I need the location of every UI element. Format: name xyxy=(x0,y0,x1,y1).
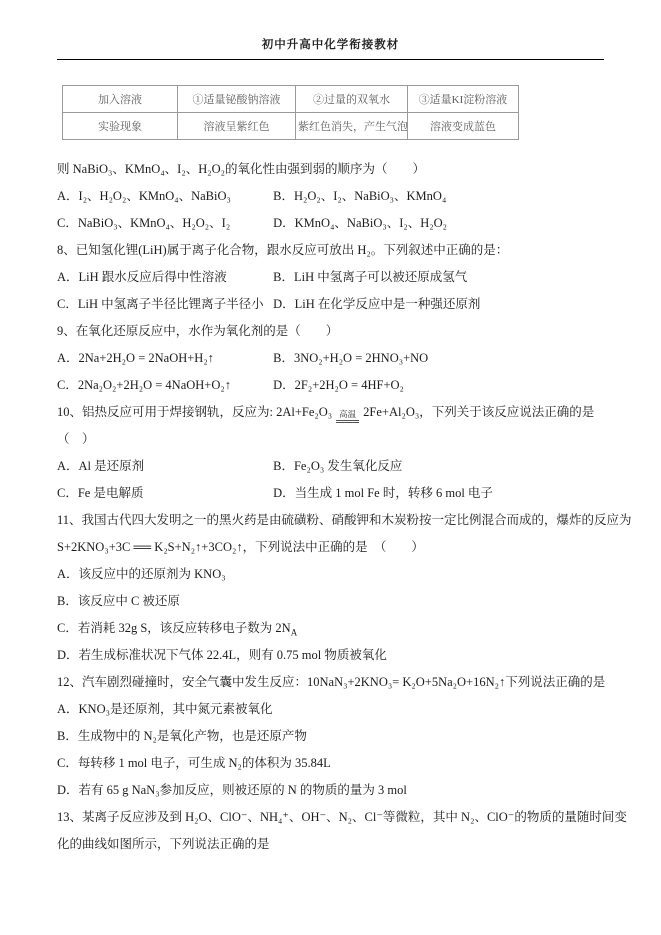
q11-option-c: C．若消耗 32g S，该反应转移电子数为 2NA xyxy=(57,615,604,642)
q10-option-d: D．当生成 1 mol Fe 时，转移 6 mol 电子 xyxy=(273,486,493,500)
q11-option-b: B．该反应中 C 被还原 xyxy=(57,588,604,615)
q8-option-b: B．LiH 中氢离子可以被还原成氢气 xyxy=(273,270,467,284)
q13-stem-line2: 化的曲线如图所示，下列说法正确的是 xyxy=(57,831,604,858)
q8-option-c: C．LiH 中氢离子半径比锂离子半径小 xyxy=(57,291,270,318)
q9-option-b: B．3NO₂+H₂O = 2HNO₃+NO xyxy=(273,351,428,365)
q9-option-d: D．2F₂+2H₂O = 4HF+O₂ xyxy=(273,378,404,392)
q11-equation: S+2KNO₃+3C ══ K₂S+N₂↑+3CO₂↑，下列说法中正确的是 （ … xyxy=(57,534,604,561)
q8-options-cd: C．LiH 中氢离子半径比锂离子半径小 D．LiH 在化学反应中是一种强还原剂 xyxy=(57,291,604,318)
q7-options-ab: A．I₂、H₂O₂、KMnO₄、NaBiO₃ B．H₂O₂、I₂、NaBiO₃、… xyxy=(57,183,604,210)
table-cell: ②过量的双氧水 xyxy=(296,86,408,113)
table-cell: ③适量KI淀粉溶液 xyxy=(408,86,519,113)
table-cell: 加入溶液 xyxy=(63,86,178,113)
q9-option-c: C．2Na₂O₂+2H₂O = 4NaOH+O₂↑ xyxy=(57,372,270,399)
table-row: 加入溶液 ①适量铋酸钠溶液 ②过量的双氧水 ③适量KI淀粉溶液 xyxy=(63,86,519,113)
q9-stem: 9、在氧化还原反应中，水作为氧化剂的是（ ） xyxy=(57,318,604,345)
q7-option-a: A．I₂、H₂O₂、KMnO₄、NaBiO₃ xyxy=(57,183,270,210)
table-cell: 溶液呈紫红色 xyxy=(178,113,296,140)
q12-option-d: D．若有 65 g NaN₃参加反应，则被还原的 N 的物质的量为 3 mol xyxy=(57,777,604,804)
q12-option-b: B．生成物中的 N₂是氧化产物，也是还原产物 xyxy=(57,723,604,750)
table-cell: 实验现象 xyxy=(63,113,178,140)
q13-stem-line1: 13、某离子反应涉及到 H₂O、ClO⁻、NH₄⁺、OH⁻、N₂、Cl⁻等微粒，… xyxy=(57,804,604,831)
q9-options-ab: A．2Na+2H₂O = 2NaOH+H₂↑ B．3NO₂+H₂O = 2HNO… xyxy=(57,345,604,372)
q10-options-cd: C．Fe 是电解质 D．当生成 1 mol Fe 时，转移 6 mol 电子 xyxy=(57,480,604,507)
q11-option-c-text: C．若消耗 32g S，该反应转移电子数为 2N xyxy=(57,621,291,635)
q10-stem: 10、铝热反应可用于焊接钢轨，反应为: 2Al+Fe₂O₃高温2Fe+Al₂O₃… xyxy=(57,399,604,426)
q7-stem: 则 NaBiO₃、KMnO₄、I₂、H₂O₂的氧化性由强到弱的顺序为（ ） xyxy=(57,156,604,183)
table-row: 实验现象 溶液呈紫红色 紫红色消失，产生气泡 溶液变成蓝色 xyxy=(63,113,519,140)
q12-option-c: C．每转移 1 mol 电子，可生成 N₂的体积为 35.84L xyxy=(57,750,604,777)
q10-option-a: A．Al 是还原剂 xyxy=(57,453,270,480)
q8-options-ab: A．LiH 跟水反应后得中性溶液 B．LiH 中氢离子可以被还原成氢气 xyxy=(57,264,604,291)
q9-options-cd: C．2Na₂O₂+2H₂O = 4NaOH+O₂↑ D．2F₂+2H₂O = 4… xyxy=(57,372,604,399)
document-page: 初中升高中化学衔接教材 加入溶液 ①适量铋酸钠溶液 ②过量的双氧水 ③适量KI淀… xyxy=(0,0,661,858)
reaction-condition: 高温 xyxy=(336,410,359,423)
q12-stem: 12、汽车剧烈碰撞时，安全气囊中发生反应：10NaN₃+2KNO₃= K₂O+5… xyxy=(57,669,604,696)
questions-content: 则 NaBiO₃、KMnO₄、I₂、H₂O₂的氧化性由强到弱的顺序为（ ） A．… xyxy=(57,156,604,858)
q9-option-a: A．2Na+2H₂O = 2NaOH+H₂↑ xyxy=(57,345,270,372)
q7-option-c: C．NaBiO₃、KMnO₄、H₂O₂、I₂ xyxy=(57,210,270,237)
table-cell: 紫红色消失，产生气泡 xyxy=(296,113,408,140)
document-header-title: 初中升高中化学衔接教材 xyxy=(57,36,604,60)
q8-option-a: A．LiH 跟水反应后得中性溶液 xyxy=(57,264,270,291)
experiment-table: 加入溶液 ①适量铋酸钠溶液 ②过量的双氧水 ③适量KI淀粉溶液 实验现象 溶液呈… xyxy=(62,85,519,140)
table-cell: 溶液变成蓝色 xyxy=(408,113,519,140)
q11-option-d: D．若生成标准状况下气体 22.4L，则有 0.75 mol 物质被氧化 xyxy=(57,642,604,669)
q10-options-ab: A．Al 是还原剂 B．Fe₂O₃ 发生氧化反应 xyxy=(57,453,604,480)
q8-stem: 8、已知氢化锂(LiH)属于离子化合物，跟水反应可放出 H₂。下列叙述中正确的是… xyxy=(57,237,604,264)
q10-stem-pre: 10、铝热反应可用于焊接钢轨，反应为: 2Al+Fe₂O₃ xyxy=(57,405,332,419)
q11-stem: 11、我国古代四大发明之一的黑火药是由硫磺粉、硝酸钾和木炭粉按一定比例混合而成的… xyxy=(57,507,604,534)
q7-option-b: B．H₂O₂、I₂、NaBiO₃、KMnO₄ xyxy=(273,189,446,203)
q10-stem-post: 2Fe+Al₂O₃，下列关于该反应说法正确的是 xyxy=(363,405,594,419)
q11-option-a: A．该反应中的还原剂为 KNO₃ xyxy=(57,561,604,588)
q10-option-c: C．Fe 是电解质 xyxy=(57,480,270,507)
q8-option-d: D．LiH 在化学反应中是一种强还原剂 xyxy=(273,297,480,311)
table-cell: ①适量铋酸钠溶液 xyxy=(178,86,296,113)
avogadro-subscript: A xyxy=(291,628,298,638)
q10-option-b: B．Fe₂O₃ 发生氧化反应 xyxy=(273,459,402,473)
q10-answer-paren: （ ） xyxy=(57,426,604,453)
q12-option-a: A．KNO₃是还原剂，其中氮元素被氧化 xyxy=(57,696,604,723)
q7-options-cd: C．NaBiO₃、KMnO₄、H₂O₂、I₂ D．KMnO₄、NaBiO₃、I₂… xyxy=(57,210,604,237)
q7-option-d: D．KMnO₄、NaBiO₃、I₂、H₂O₂ xyxy=(273,216,447,230)
